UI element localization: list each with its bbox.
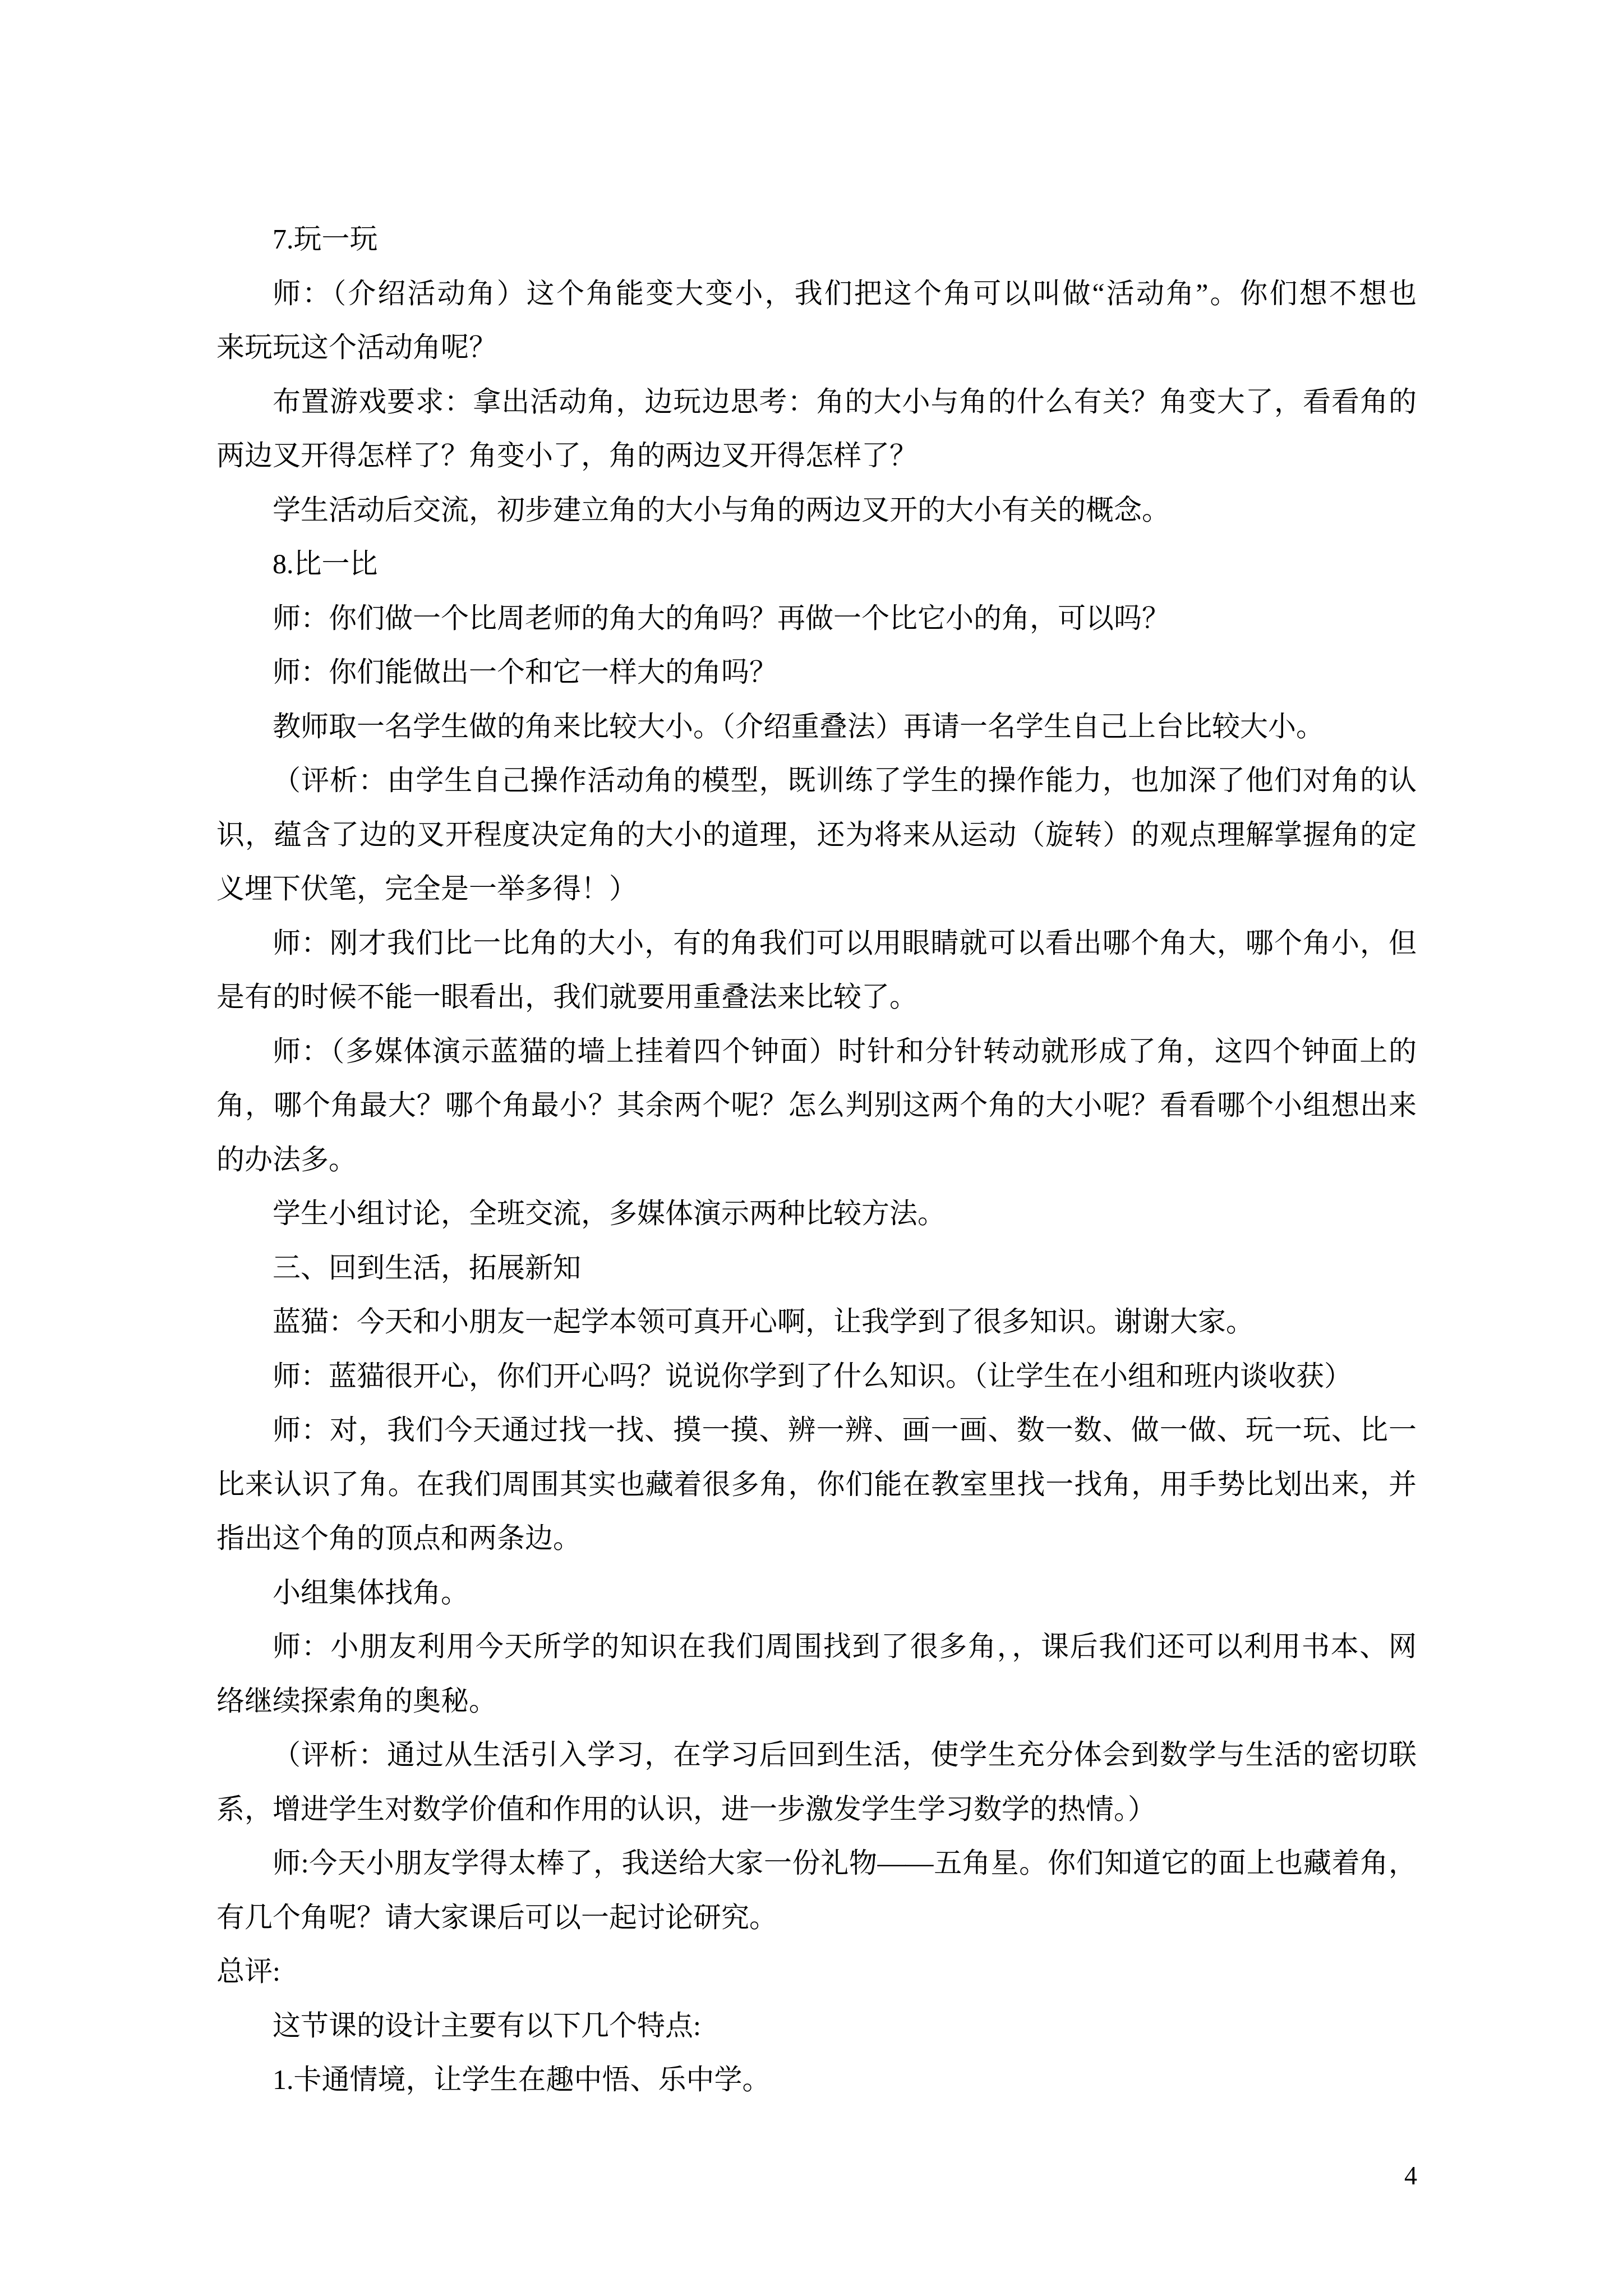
text-line: 小组集体找角。 (216, 1566, 1417, 1620)
text-line: （评析：通过从生活引入学习，在学习后回到生活，使学生充分体会到数学与生活的密切联 (216, 1728, 1417, 1782)
text-line: 师：你们能做出一个和它一样大的角吗？ (216, 645, 1417, 700)
text-line: 比来认识了角。在我们周围其实也藏着很多角，你们能在教室里找一找角，用手势比划出来… (216, 1457, 1417, 1512)
text-line: 指出这个角的顶点和两条边。 (216, 1511, 1417, 1566)
text-line: 师：刚才我们比一比角的大小，有的角我们可以用眼睛就可以看出哪个角大，哪个角小，但 (216, 916, 1417, 970)
text-line: 角，哪个角最大？哪个角最小？其余两个呢？怎么判别这两个角的大小呢？看看哪个小组想… (216, 1078, 1417, 1133)
text-line: 师：（多媒体演示蓝猫的墙上挂着四个钟面）时针和分针转动就形成了角，这四个钟面上的 (216, 1024, 1417, 1079)
text-line: 来玩玩这个活动角呢？ (216, 320, 1417, 375)
text-line: 有几个角呢？请大家课后可以一起讨论研究。 (216, 1890, 1417, 1945)
text-line: 这节课的设计主要有以下几个特点: (216, 1999, 1417, 2053)
document-page: 7.玩一玩师：（介绍活动角）这个角能变大变小，我们把这个角可以叫做“活动角”。你… (0, 0, 1623, 2296)
text-line: 1.卡通情境，让学生在趣中悟、乐中学。 (216, 2053, 1417, 2107)
text-line: 布置游戏要求：拿出活动角，边玩边思考：角的大小与角的什么有关？角变大了，看看角的 (216, 375, 1417, 429)
text-line: 师：（介绍活动角）这个角能变大变小，我们把这个角可以叫做“活动角”。你们想不想也 (216, 266, 1417, 321)
text-line: 络继续探索角的奥秘。 (216, 1674, 1417, 1728)
text-line: 的办法多。 (216, 1133, 1417, 1187)
lesson-plan-text: 7.玩一玩师：（介绍活动角）这个角能变大变小，我们把这个角可以叫做“活动角”。你… (216, 212, 1417, 2107)
text-line: 师：蓝猫很开心，你们开心吗？说说你学到了什么知识。（让学生在小组和班内谈收获） (216, 1349, 1417, 1404)
text-line: 义埋下伏笔，完全是一举多得！） (216, 862, 1417, 916)
text-line: 7.玩一玩 (216, 212, 1417, 266)
text-line: 系，增进学生对数学价值和作用的认识，进一步激发学生学习数学的热情。） (216, 1782, 1417, 1837)
text-line: 是有的时候不能一眼看出，我们就要用重叠法来比较了。 (216, 970, 1417, 1024)
page-number: 4 (1404, 2163, 1417, 2189)
text-line: 8.比一比 (216, 537, 1417, 591)
text-line: 师：你们做一个比周老师的角大的角吗？再做一个比它小的角，可以吗？ (216, 591, 1417, 646)
text-line: 学生小组讨论，全班交流，多媒体演示两种比较方法。 (216, 1186, 1417, 1241)
text-line: （评析：由学生自己操作活动角的模型，既训练了学生的操作能力，也加深了他们对角的认 (216, 753, 1417, 808)
text-line: 两边叉开得怎样了？角变小了，角的两边叉开得怎样了？ (216, 429, 1417, 483)
text-line: 师：对，我们今天通过找一找、摸一摸、辨一辨、画一画、数一数、做一做、玩一玩、比一 (216, 1403, 1417, 1457)
text-line: 师：小朋友利用今天所学的知识在我们周围找到了很多角，，课后我们还可以利用书本、网 (216, 1619, 1417, 1674)
text-line: 总评: (216, 1944, 1417, 1999)
text-line: 识，蕴含了边的叉开程度决定角的大小的道理，还为将来从运动（旋转）的观点理解掌握角… (216, 808, 1417, 862)
text-line: 师:今天小朋友学得太棒了，我送给大家一份礼物——五角星。你们知道它的面上也藏着角… (216, 1836, 1417, 1890)
text-line: 三、回到生活，拓展新知 (216, 1241, 1417, 1295)
text-line: 教师取一名学生做的角来比较大小。（介绍重叠法）再请一名学生自己上台比较大小。 (216, 700, 1417, 754)
text-line: 学生活动后交流，初步建立角的大小与角的两边叉开的大小有关的概念。 (216, 483, 1417, 537)
text-line: 蓝猫：今天和小朋友一起学本领可真开心啊，让我学到了很多知识。谢谢大家。 (216, 1295, 1417, 1349)
